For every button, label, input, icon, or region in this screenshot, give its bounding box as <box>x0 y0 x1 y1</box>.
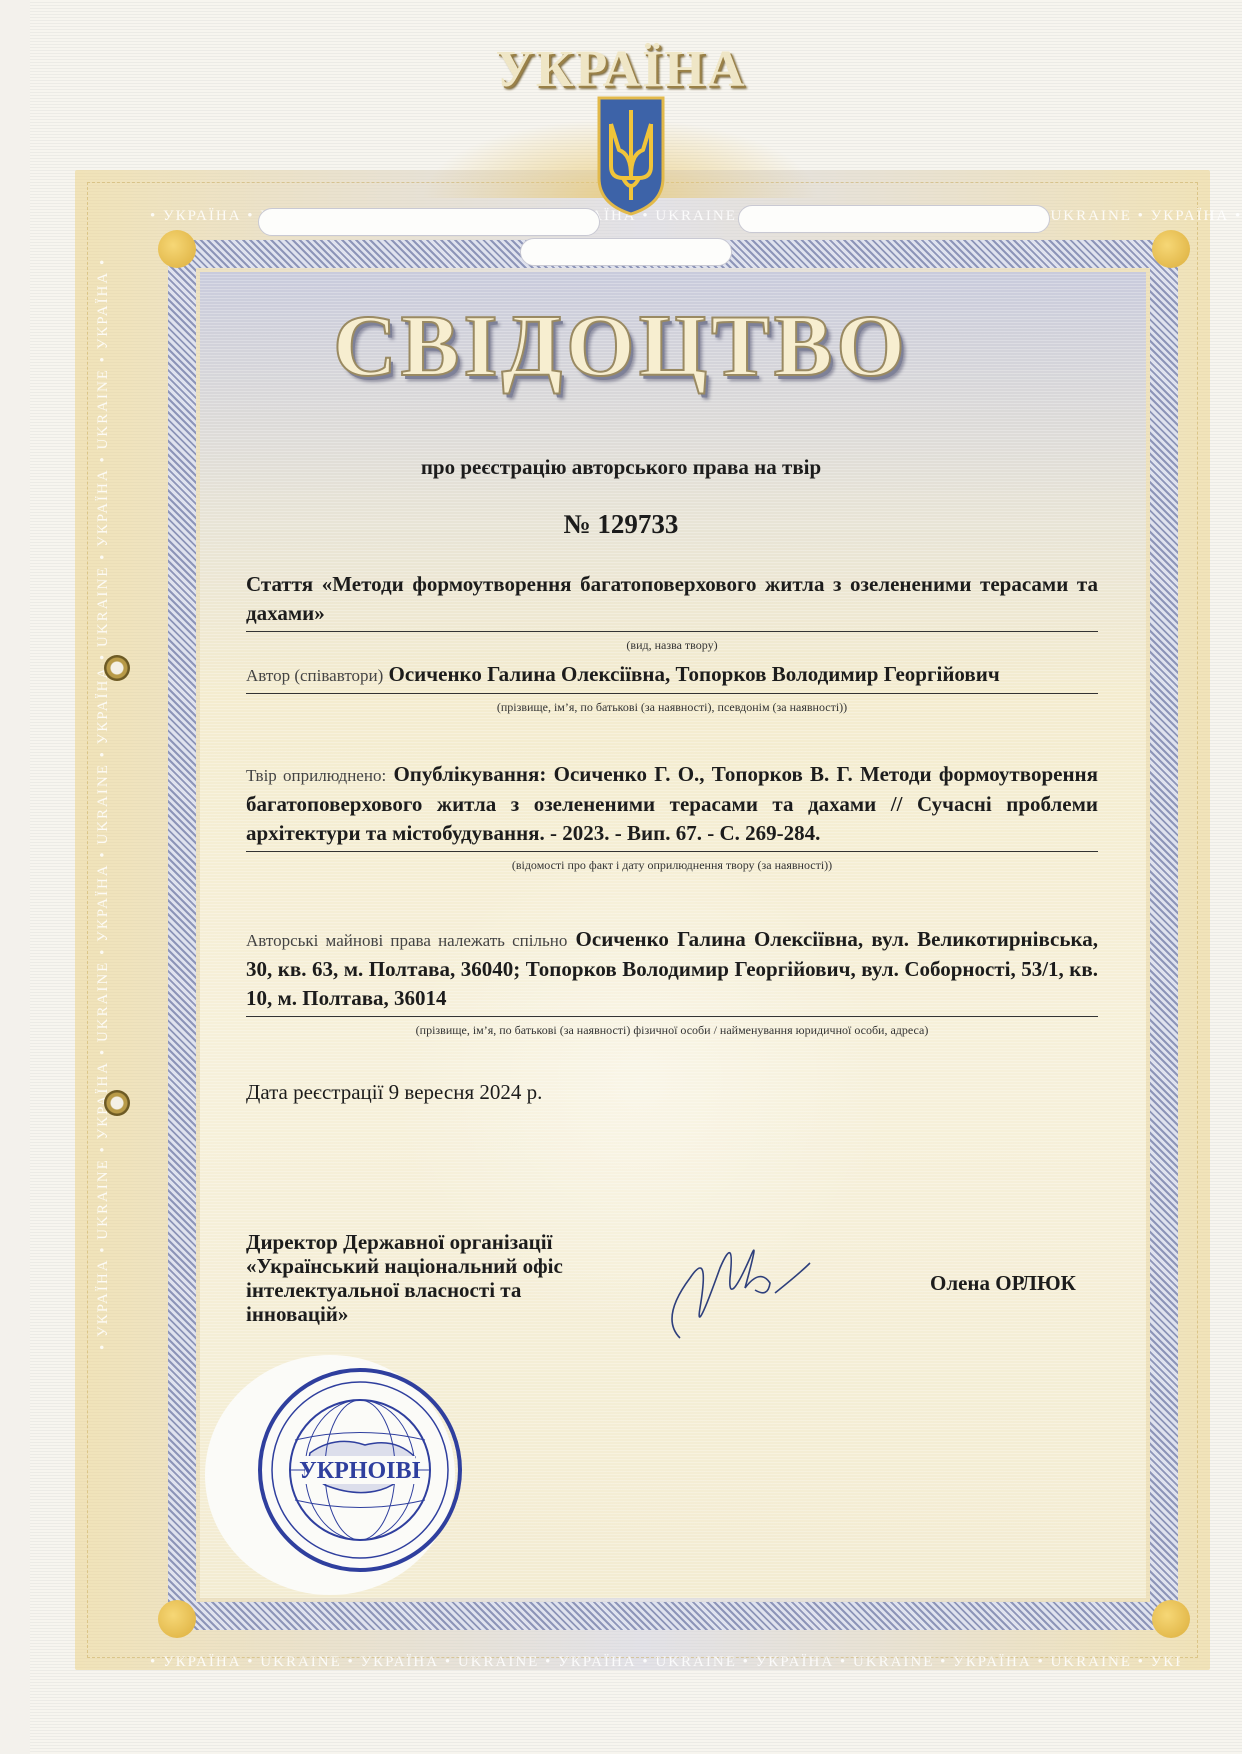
ribbon-right <box>738 205 1050 233</box>
divider <box>246 851 1098 852</box>
trident-coat-of-arms-icon <box>597 96 665 216</box>
corner-ornament <box>158 230 196 268</box>
work-title: Стаття «Методи формоутворення багатопове… <box>246 570 1098 628</box>
svg-text:УКРНОІВІ: УКРНОІВІ <box>299 1458 421 1484</box>
work-section: Стаття «Методи формоутворення багатопове… <box>246 570 1098 653</box>
publication-section: Твір оприлюднено: Опублікування: Осиченк… <box>246 760 1098 873</box>
signature-icon <box>650 1228 820 1348</box>
publication-line: Твір оприлюднено: Опублікування: Осиченк… <box>246 760 1098 848</box>
corner-ornament <box>1152 230 1190 268</box>
certificate-subtitle: про реєстрацію авторського права на твір <box>0 455 1242 480</box>
divider <box>246 631 1098 632</box>
official-seal-icon: УКРНОІВІ <box>255 1365 465 1575</box>
divider <box>246 1016 1098 1017</box>
frame-border-text-left: • УКРАЇНА • UKRAINE • УКРАЇНА • UKRAINE … <box>95 250 112 1350</box>
authors-value: Осиченко Галина Олексіївна, Топорков Вол… <box>389 662 1000 686</box>
authors-line: Автор (співавтори) Осиченко Галина Олекс… <box>246 660 1098 690</box>
authors-caption: (прізвище, ім’я, по батькові (за наявнос… <box>246 700 1098 715</box>
rights-section: Авторські майнові права належать спільно… <box>246 925 1098 1038</box>
registration-date: Дата реєстрації 9 вересня 2024 р. <box>246 1080 542 1105</box>
authors-label: Автор (співавтори) <box>246 666 383 685</box>
rights-label: Авторські майнові права належать спільно <box>246 931 567 950</box>
binding-grommet <box>104 1090 130 1116</box>
rights-line: Авторські майнові права належать спільно… <box>246 925 1098 1013</box>
frame-border-text-bottom: • УКРАЇНА • UKRAINE • УКРАЇНА • UKRAINE … <box>150 1654 1180 1671</box>
signatory-title: Директор Державної організації «Українсь… <box>246 1230 626 1326</box>
publication-caption: (відомості про факт і дату оприлюднення … <box>246 858 1098 873</box>
divider <box>246 693 1098 694</box>
signatory-name: Олена ОРЛЮК <box>930 1271 1076 1296</box>
corner-ornament <box>158 1600 196 1638</box>
rights-caption: (прізвище, ім’я, по батькові (за наявнос… <box>246 1023 1098 1038</box>
ribbon-left <box>258 208 600 236</box>
certificate-title: СВІДОЦТВО <box>0 296 1242 397</box>
country-heading: УКРАЇНА <box>0 40 1242 99</box>
binding-grommet <box>104 655 130 681</box>
corner-ornament <box>1152 1600 1190 1638</box>
work-caption: (вид, назва твору) <box>246 638 1098 653</box>
authors-section: Автор (співавтори) Осиченко Галина Олекс… <box>246 660 1098 715</box>
certificate-number: № 129733 <box>0 509 1242 540</box>
publication-label: Твір оприлюднено: <box>246 766 386 785</box>
ribbon-center <box>520 238 732 266</box>
